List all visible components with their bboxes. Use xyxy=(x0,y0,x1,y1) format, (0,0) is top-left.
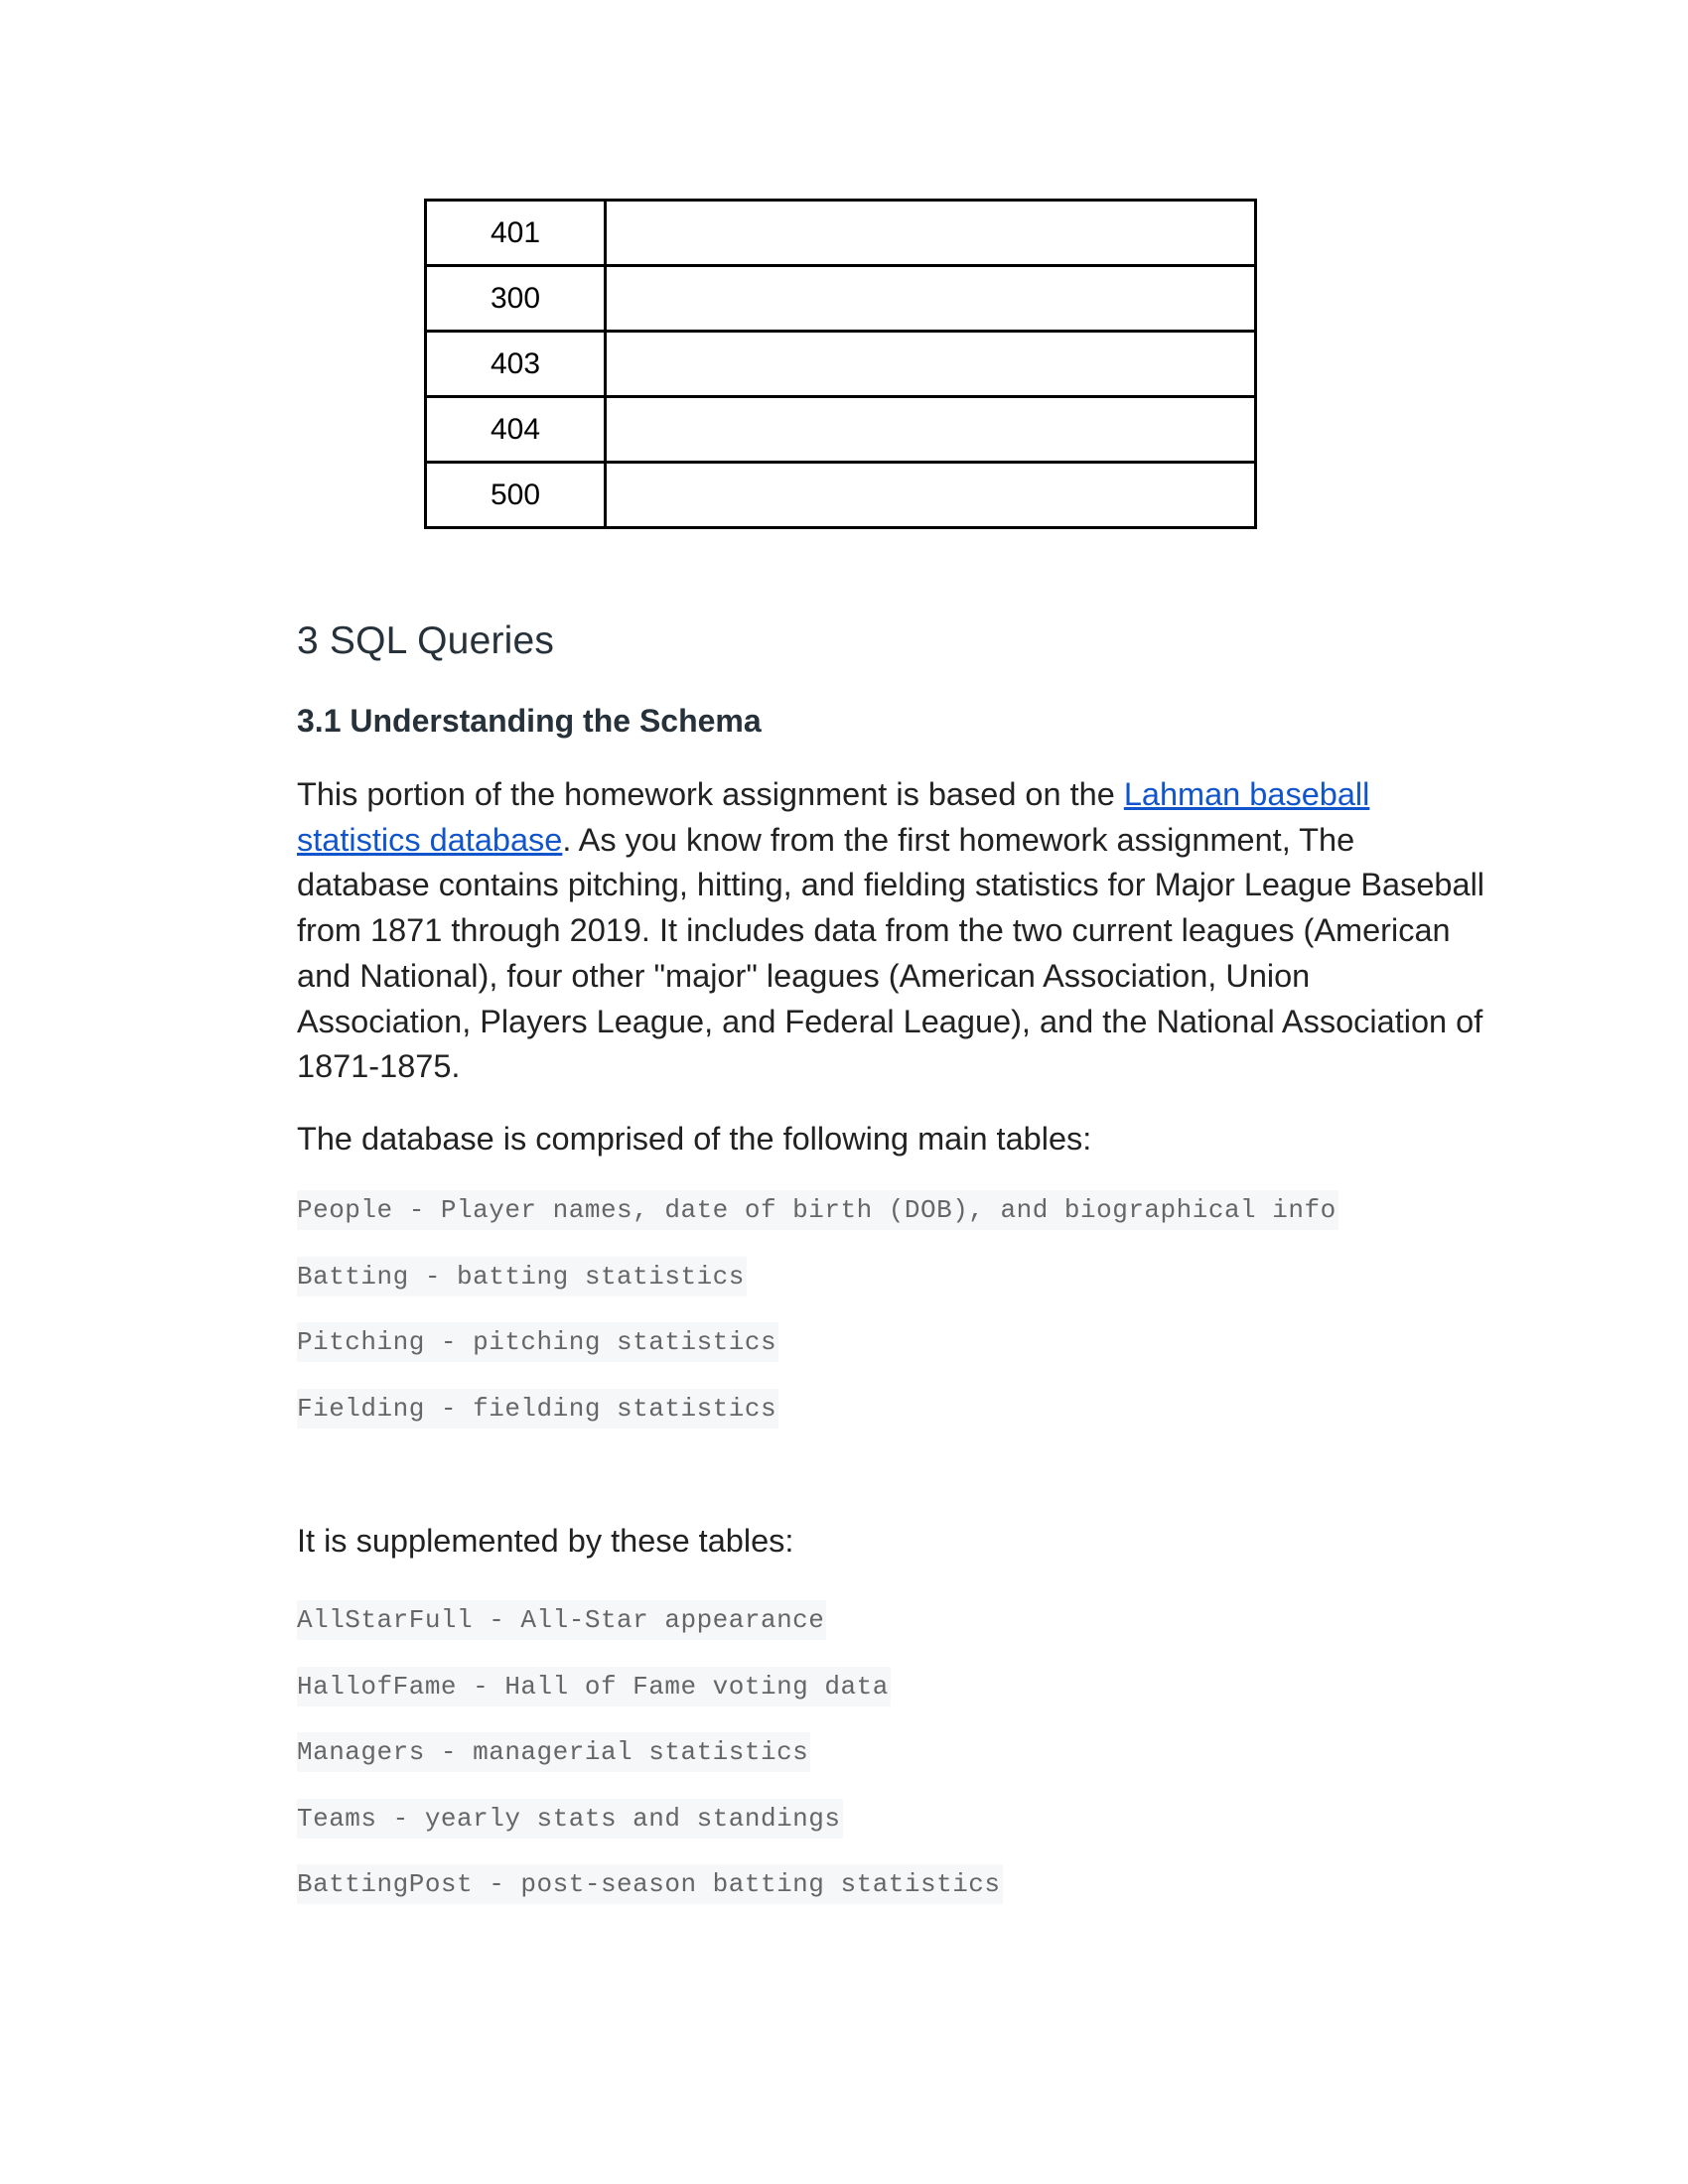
status-description-cell xyxy=(606,332,1256,397)
table-description-code: Pitching - pitching statistics xyxy=(297,1322,778,1362)
subsection-heading: 3.1 Understanding the Schema xyxy=(297,703,762,740)
list-item: AllStarFull - All-Star appearance xyxy=(297,1600,1003,1667)
list-item: People - Player names, date of birth (DO… xyxy=(297,1190,1338,1257)
status-code-cell: 404 xyxy=(426,397,606,463)
supplement-intro: It is supplemented by these tables: xyxy=(297,1519,1488,1565)
status-description-cell xyxy=(606,266,1256,332)
list-item: Pitching - pitching statistics xyxy=(297,1322,1338,1389)
status-code-cell: 300 xyxy=(426,266,606,332)
status-code-cell: 403 xyxy=(426,332,606,397)
list-item: Teams - yearly stats and standings xyxy=(297,1799,1003,1865)
status-description-cell xyxy=(606,397,1256,463)
supplement-tables-list: AllStarFull - All-Star appearance Hallof… xyxy=(297,1600,1003,1931)
list-item: Managers - managerial statistics xyxy=(297,1732,1003,1799)
table-description-code: Teams - yearly stats and standings xyxy=(297,1799,843,1839)
status-description-cell xyxy=(606,463,1256,528)
table-row: 300 xyxy=(426,266,1256,332)
intro-text-before-link: This portion of the homework assignment … xyxy=(297,776,1124,812)
list-item: Fielding - fielding statistics xyxy=(297,1389,1338,1455)
table-description-code: BattingPost - post-season batting statis… xyxy=(297,1864,1003,1904)
section-heading: 3 SQL Queries xyxy=(297,619,554,663)
list-item: Batting - batting statistics xyxy=(297,1257,1338,1323)
intro-text-after-link: . As you know from the first homework as… xyxy=(297,822,1484,1085)
status-code-cell: 401 xyxy=(426,201,606,266)
table-description-code: People - Player names, date of birth (DO… xyxy=(297,1190,1338,1230)
table-description-code: Managers - managerial statistics xyxy=(297,1732,810,1772)
table-description-code: AllStarFull - All-Star appearance xyxy=(297,1600,826,1640)
list-item: HallofFame - Hall of Fame voting data xyxy=(297,1667,1003,1733)
table-description-code: HallofFame - Hall of Fame voting data xyxy=(297,1667,891,1706)
table-description-code: Fielding - fielding statistics xyxy=(297,1389,778,1429)
table-row: 403 xyxy=(426,332,1256,397)
table-row: 500 xyxy=(426,463,1256,528)
main-tables-list: People - Player names, date of birth (DO… xyxy=(297,1190,1338,1454)
table-row: 401 xyxy=(426,201,1256,266)
list-item: BattingPost - post-season batting statis… xyxy=(297,1864,1003,1931)
http-status-table: 401 300 403 404 500 xyxy=(424,199,1257,529)
table-description-code: Batting - batting statistics xyxy=(297,1257,747,1297)
status-description-cell xyxy=(606,201,1256,266)
table-row: 404 xyxy=(426,397,1256,463)
status-code-cell: 500 xyxy=(426,463,606,528)
main-tables-intro: The database is comprised of the followi… xyxy=(297,1117,1488,1162)
intro-paragraph: This portion of the homework assignment … xyxy=(297,772,1488,1090)
